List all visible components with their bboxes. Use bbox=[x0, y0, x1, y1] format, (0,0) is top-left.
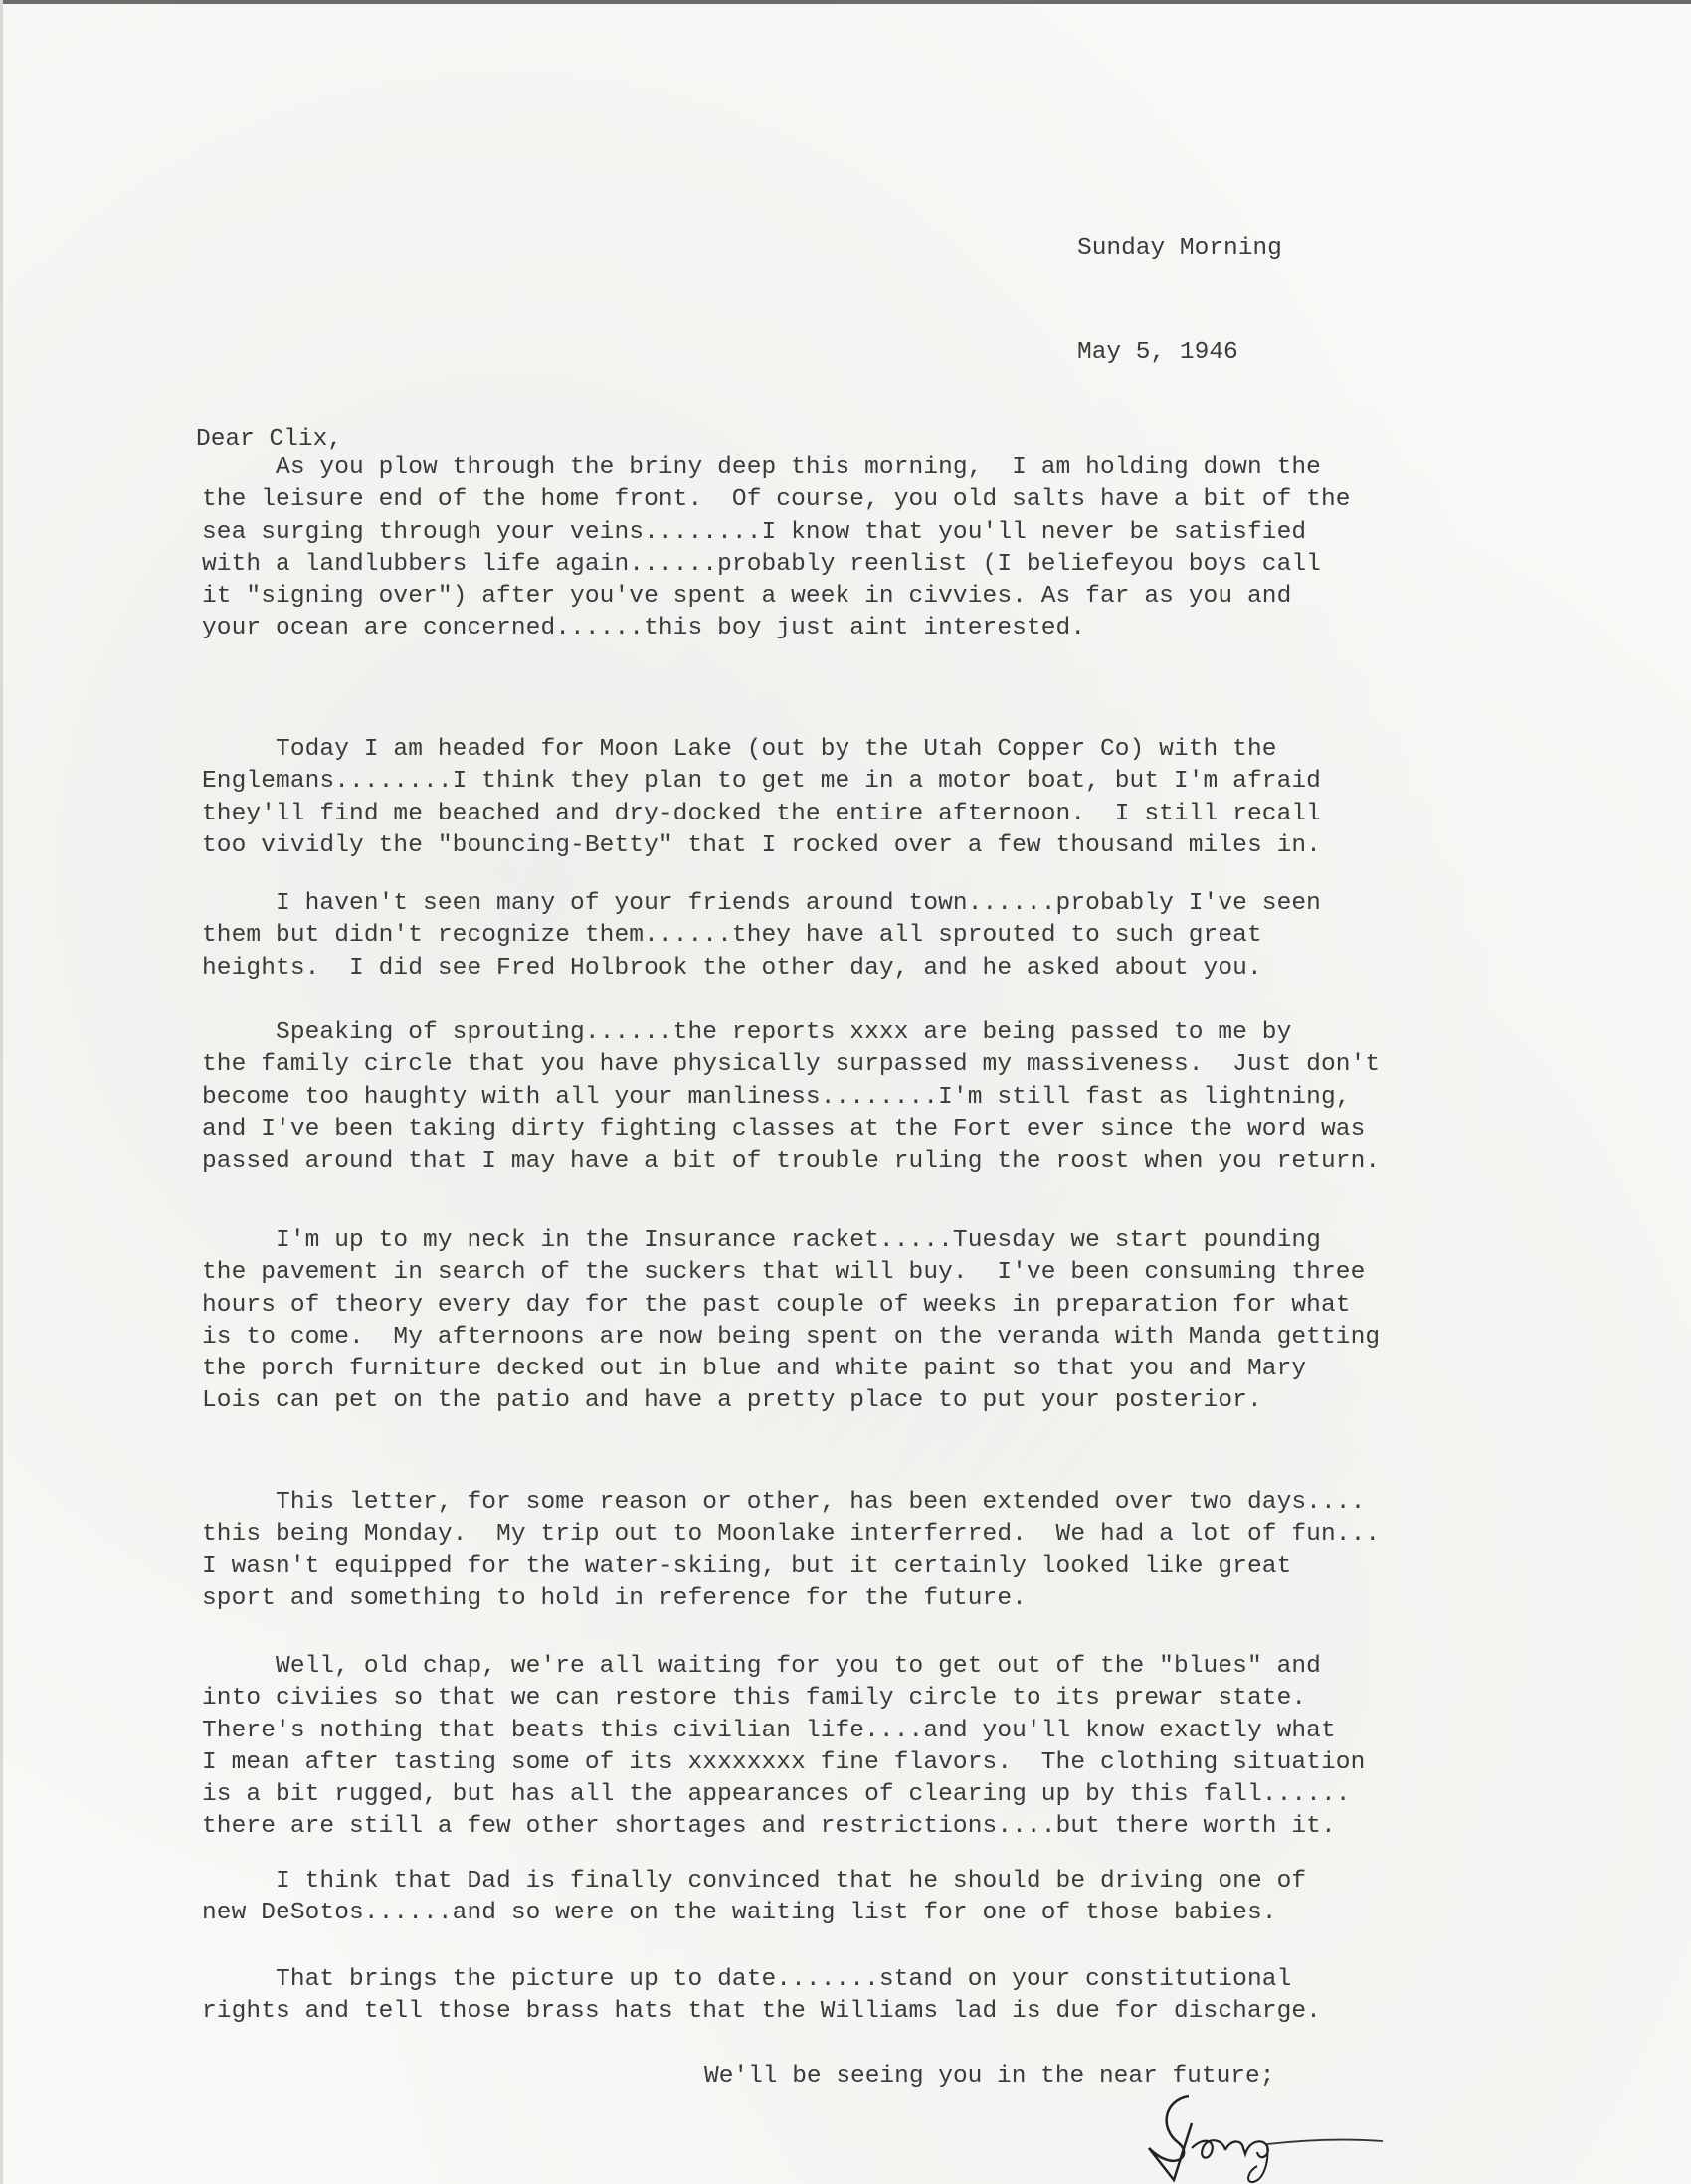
signature-icon bbox=[1134, 2089, 1393, 2184]
letter-page: Sunday Morning May 5, 1946 Dear Clix, As… bbox=[0, 0, 1691, 2184]
paragraph-line: I wasn't equipped for the water-skiing, … bbox=[202, 1551, 1380, 1583]
paragraph: I think that Dad is finally convinced th… bbox=[202, 1866, 1306, 1930]
paragraph-line: the leisure end of the home front. Of co… bbox=[202, 484, 1351, 516]
paragraph: This letter, for some reason or other, h… bbox=[202, 1487, 1380, 1615]
paragraph: Well, old chap, we're all waiting for yo… bbox=[202, 1651, 1365, 1844]
paragraph: Today I am headed for Moon Lake (out by … bbox=[202, 734, 1321, 862]
paragraph-line: There's nothing that beats this civilian… bbox=[202, 1716, 1365, 1747]
paragraph-line: hours of theory every day for the past c… bbox=[202, 1290, 1380, 1322]
paragraph-line: sport and something to hold in reference… bbox=[202, 1583, 1380, 1615]
paragraph-line: This letter, for some reason or other, h… bbox=[202, 1487, 1380, 1519]
paragraph-line: the pavement in search of the suckers th… bbox=[202, 1257, 1380, 1289]
paragraph: I'm up to my neck in the Insurance racke… bbox=[202, 1225, 1380, 1418]
scan-top-edge bbox=[0, 0, 1691, 4]
dateline-day: Sunday Morning bbox=[1077, 231, 1282, 266]
paragraph-line: and I've been taking dirty fighting clas… bbox=[202, 1114, 1380, 1146]
paragraph-line: is to come. My afternoons are now being … bbox=[202, 1322, 1380, 1354]
paragraph-line: I haven't seen many of your friends arou… bbox=[202, 888, 1321, 920]
paragraph-line: too vividly the "bouncing-Betty" that I … bbox=[202, 830, 1321, 862]
paragraph-line: I mean after tasting some of its xxxxxxx… bbox=[202, 1747, 1365, 1779]
paragraph-line: your ocean are concerned......this boy j… bbox=[202, 613, 1351, 644]
paragraph-line: the porch furniture decked out in blue a… bbox=[202, 1354, 1380, 1385]
paragraph-line: sea surging through your veins........I … bbox=[202, 517, 1351, 549]
paragraph-line: become too haughty with all your manline… bbox=[202, 1082, 1380, 1114]
paragraph: As you plow through the briny deep this … bbox=[202, 453, 1351, 645]
paragraph-line: I think that Dad is finally convinced th… bbox=[202, 1866, 1306, 1898]
paragraph: I haven't seen many of your friends arou… bbox=[202, 888, 1321, 985]
handwritten-signature bbox=[1134, 2089, 1393, 2184]
paragraph-line: this being Monday. My trip out to Moonla… bbox=[202, 1519, 1380, 1550]
paragraph-line: them but didn't recognize them......they… bbox=[202, 920, 1321, 952]
paragraph-line: Speaking of sprouting......the reports x… bbox=[202, 1017, 1380, 1049]
paragraph-line: they'll find me beached and dry-docked t… bbox=[202, 799, 1321, 830]
scan-left-edge bbox=[0, 0, 3, 2184]
paragraph: That brings the picture up to date......… bbox=[202, 1964, 1321, 2029]
dateline: Sunday Morning May 5, 1946 bbox=[1077, 161, 1282, 440]
paragraph-line: rights and tell those brass hats that th… bbox=[202, 1996, 1321, 2028]
paragraph-line: passed around that I may have a bit of t… bbox=[202, 1146, 1380, 1178]
dateline-date: May 5, 1946 bbox=[1077, 335, 1282, 370]
paragraph-line: into civiies so that we can restore this… bbox=[202, 1683, 1365, 1715]
paragraph: Speaking of sprouting......the reports x… bbox=[202, 1017, 1380, 1178]
paragraph-line: the family circle that you have physical… bbox=[202, 1049, 1380, 1081]
paragraph-line: with a landlubbers life again......proba… bbox=[202, 549, 1351, 581]
paragraph-line: Today I am headed for Moon Lake (out by … bbox=[202, 734, 1321, 766]
paragraph-line: Well, old chap, we're all waiting for yo… bbox=[202, 1651, 1365, 1683]
paragraph-line: it "signing over") after you've spent a … bbox=[202, 581, 1351, 613]
paragraph-line: That brings the picture up to date......… bbox=[202, 1964, 1321, 1996]
paragraph-line: Englemans........I think they plan to ge… bbox=[202, 766, 1321, 798]
paragraph-line: As you plow through the briny deep this … bbox=[202, 453, 1351, 484]
paragraph-line: I'm up to my neck in the Insurance racke… bbox=[202, 1225, 1380, 1257]
paragraph-line: new DeSotos......and so were on the wait… bbox=[202, 1898, 1306, 1929]
paragraph-line: Lois can pet on the patio and have a pre… bbox=[202, 1385, 1380, 1417]
paragraph-line: heights. I did see Fred Holbrook the oth… bbox=[202, 953, 1321, 985]
paragraph-line: there are still a few other shortages an… bbox=[202, 1811, 1365, 1843]
paragraph-line: is a bit rugged, but has all the appeara… bbox=[202, 1779, 1365, 1811]
salutation: Dear Clix, bbox=[196, 423, 342, 456]
